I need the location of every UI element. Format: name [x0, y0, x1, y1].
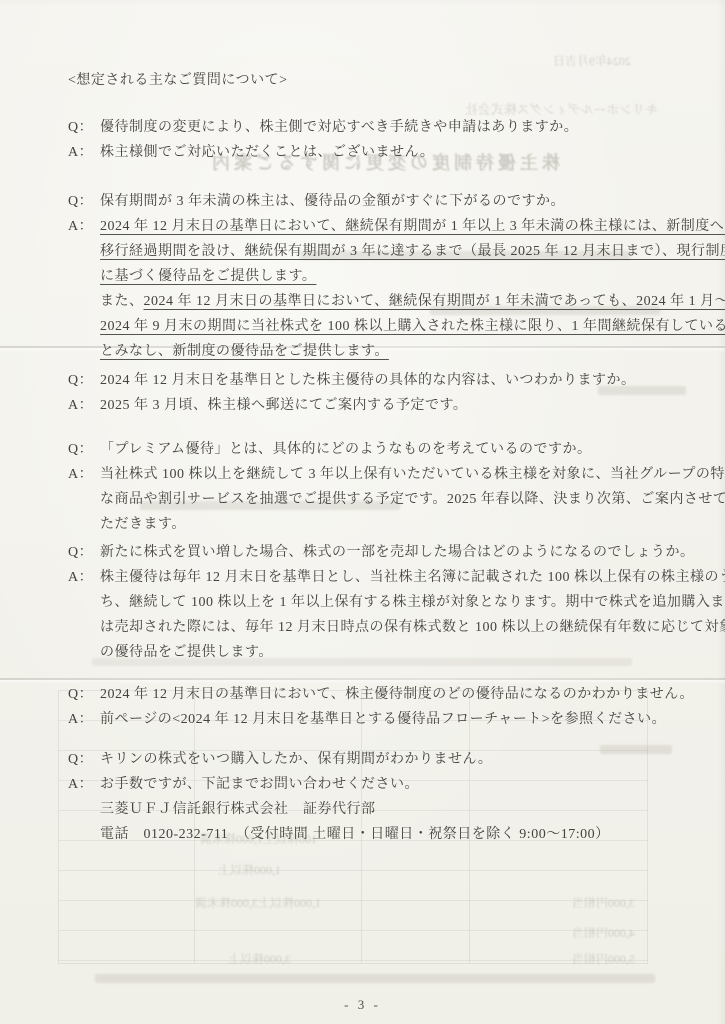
qa-answer: A： お手数ですが、下記までお問い合わせください。: [68, 772, 689, 797]
answer-lead: また、: [100, 294, 144, 309]
q-label: Q：: [68, 540, 93, 565]
q-label: Q：: [68, 747, 93, 772]
underlined-text: 2024 年 12 月末日の基準日において、継続保有期間が 1 年未満であっても…: [144, 294, 725, 309]
contact-agency: 三菱ＵＦＪ信託銀行株式会社 証券代行部: [100, 797, 689, 822]
answer-line: ただきます。: [100, 512, 689, 537]
question-text: 2024 年 12 月末日を基準日とした株主優待の具体的な内容は、いつわかります…: [100, 368, 689, 393]
q-label: Q：: [68, 437, 93, 462]
answer-text: 2025 年 3 月頃、株主様へ郵送にてご案内する予定です。: [100, 393, 689, 418]
qa-answer: A： 当社株式 100 株以上を継続して 3 年以上保有いただいている株主様を対…: [68, 462, 689, 537]
page-title: <想定される主なご質問について>: [68, 71, 689, 91]
answer-line: 当社株式 100 株以上を継続して 3 年以上保有いただいている株主様を対象に、…: [100, 462, 689, 487]
qa-question: Q： 「プレミアム優待」とは、具体的にどのようなものを考えているのですか。: [68, 437, 689, 462]
answer-line: 2024 年 12 月末日の基準日において、継続保有期間が 1 年以上 3 年未…: [100, 214, 689, 239]
answer-line: の優待品をご提供します。: [100, 640, 689, 665]
a-label: A：: [68, 140, 93, 165]
contact-phone: 電話 0120-232-711 （受付時間 土曜日・日曜日・祝祭日を除く 9:0…: [100, 822, 689, 847]
question-text: 新たに株式を買い増した場合、株式の一部を売却した場合はどのようになるのでしょうか…: [100, 540, 689, 565]
q-label: Q：: [68, 368, 93, 393]
q-label: Q：: [68, 189, 93, 214]
answer-line: とみなし、新制度の優待品をご提供します。: [100, 339, 689, 364]
question-text: 保有期間が 3 年未満の株主は、優待品の金額がすぐに下がるのですか。: [100, 189, 689, 214]
answer-line: 移行経過期間を設け、継続保有期間が 3 年に達するまで（最長 2025 年 12…: [100, 239, 689, 264]
underlined-text: とみなし、新制度の優待品をご提供します。: [100, 344, 389, 359]
answer-line: また、2024 年 12 月末日の基準日において、継続保有期間が 1 年未満であ…: [100, 289, 689, 314]
question-text: 優待制度の変更により、株主側で対応すべき手続きや申請はありますか。: [100, 115, 689, 140]
a-label: A：: [68, 565, 93, 590]
question-text: キリンの株式をいつ購入したか、保有期間がわかりません。: [100, 747, 689, 772]
qa-answer: A： 前ページの<2024 年 12 月末日を基準日とする優待品フローチャート>…: [68, 707, 689, 732]
answer-line: 株主優待は毎年 12 月末日を基準日とし、当社株主名簿に記載された 100 株以…: [100, 565, 689, 590]
underlined-text: 2024 年 9 月末の期間に当社株式を 100 株以上購入された株主様に限り、…: [100, 319, 725, 334]
answer-text: 株主様側でご対応いただくことは、ございません。: [100, 140, 689, 165]
answer-line: 2024 年 9 月末の期間に当社株式を 100 株以上購入された株主様に限り、…: [100, 314, 689, 339]
answer-text: お手数ですが、下記までお問い合わせください。: [100, 772, 689, 797]
qa-answer: A： 2024 年 12 月末日の基準日において、継続保有期間が 1 年以上 3…: [68, 214, 689, 364]
answer-line: な商品や割引サービスを抽選でご提供する予定です。2025 年春以降、決まり次第、…: [100, 487, 689, 512]
underlined-text: に基づく優待品をご提供します。: [100, 269, 316, 284]
q-label: Q：: [68, 682, 93, 707]
a-label: A：: [68, 393, 93, 418]
a-label: A：: [68, 772, 93, 797]
qa-question: Q： 優待制度の変更により、株主側で対応すべき手続きや申請はありますか。: [68, 115, 689, 140]
qa-question: Q： キリンの株式をいつ購入したか、保有期間がわかりません。: [68, 747, 689, 772]
a-label: A：: [68, 214, 93, 239]
qa-answer: A： 株主様側でご対応いただくことは、ございません。: [68, 140, 689, 165]
answer-text: 前ページの<2024 年 12 月末日を基準日とする優待品フローチャート>を参照…: [100, 707, 689, 732]
question-text: 2024 年 12 月末日の基準日において、株主優待制度のどの優待品になるのかわ…: [100, 682, 689, 707]
a-label: A：: [68, 707, 93, 732]
qa-question: Q： 新たに株式を買い増した場合、株式の一部を売却した場合はどのようになるのでし…: [68, 540, 689, 565]
qa-answer: A： 2025 年 3 月頃、株主様へ郵送にてご案内する予定です。: [68, 393, 689, 418]
scanned-page: 2024年9月吉日 キリンホールディングス株式会社 株主優待制度の変更に関するご…: [0, 0, 725, 1024]
a-label: A：: [68, 462, 93, 487]
answer-line: ち、継続して 100 株以上を 1 年以上保有する株主様が対象となります。期中で…: [100, 590, 689, 615]
qa-question: Q： 2024 年 12 月末日の基準日において、株主優待制度のどの優待品になる…: [68, 682, 689, 707]
qa-question: Q： 保有期間が 3 年未満の株主は、優待品の金額がすぐに下がるのですか。: [68, 189, 689, 214]
answer-line: は売却された際には、毎年 12 月末日時点の保有株式数と 100 株以上の継続保…: [100, 615, 689, 640]
document-content: <想定される主なご質問について> Q： 優待制度の変更により、株主側で対応すべき…: [0, 0, 725, 1024]
qa-answer: A： 株主優待は毎年 12 月末日を基準日とし、当社株主名簿に記載された 100…: [68, 565, 689, 665]
qa-question: Q： 2024 年 12 月末日を基準日とした株主優待の具体的な内容は、いつわか…: [68, 368, 689, 393]
answer-line: に基づく優待品をご提供します。: [100, 264, 689, 289]
question-text: 「プレミアム優待」とは、具体的にどのようなものを考えているのですか。: [100, 437, 689, 462]
underlined-text: 2024 年 12 月末日の基準日において、継続保有期間が 1 年以上 3 年未…: [100, 219, 725, 234]
q-label: Q：: [68, 115, 93, 140]
underlined-text: 移行経過期間を設け、継続保有期間が 3 年に達するまで（最長 2025 年 12…: [100, 244, 725, 259]
